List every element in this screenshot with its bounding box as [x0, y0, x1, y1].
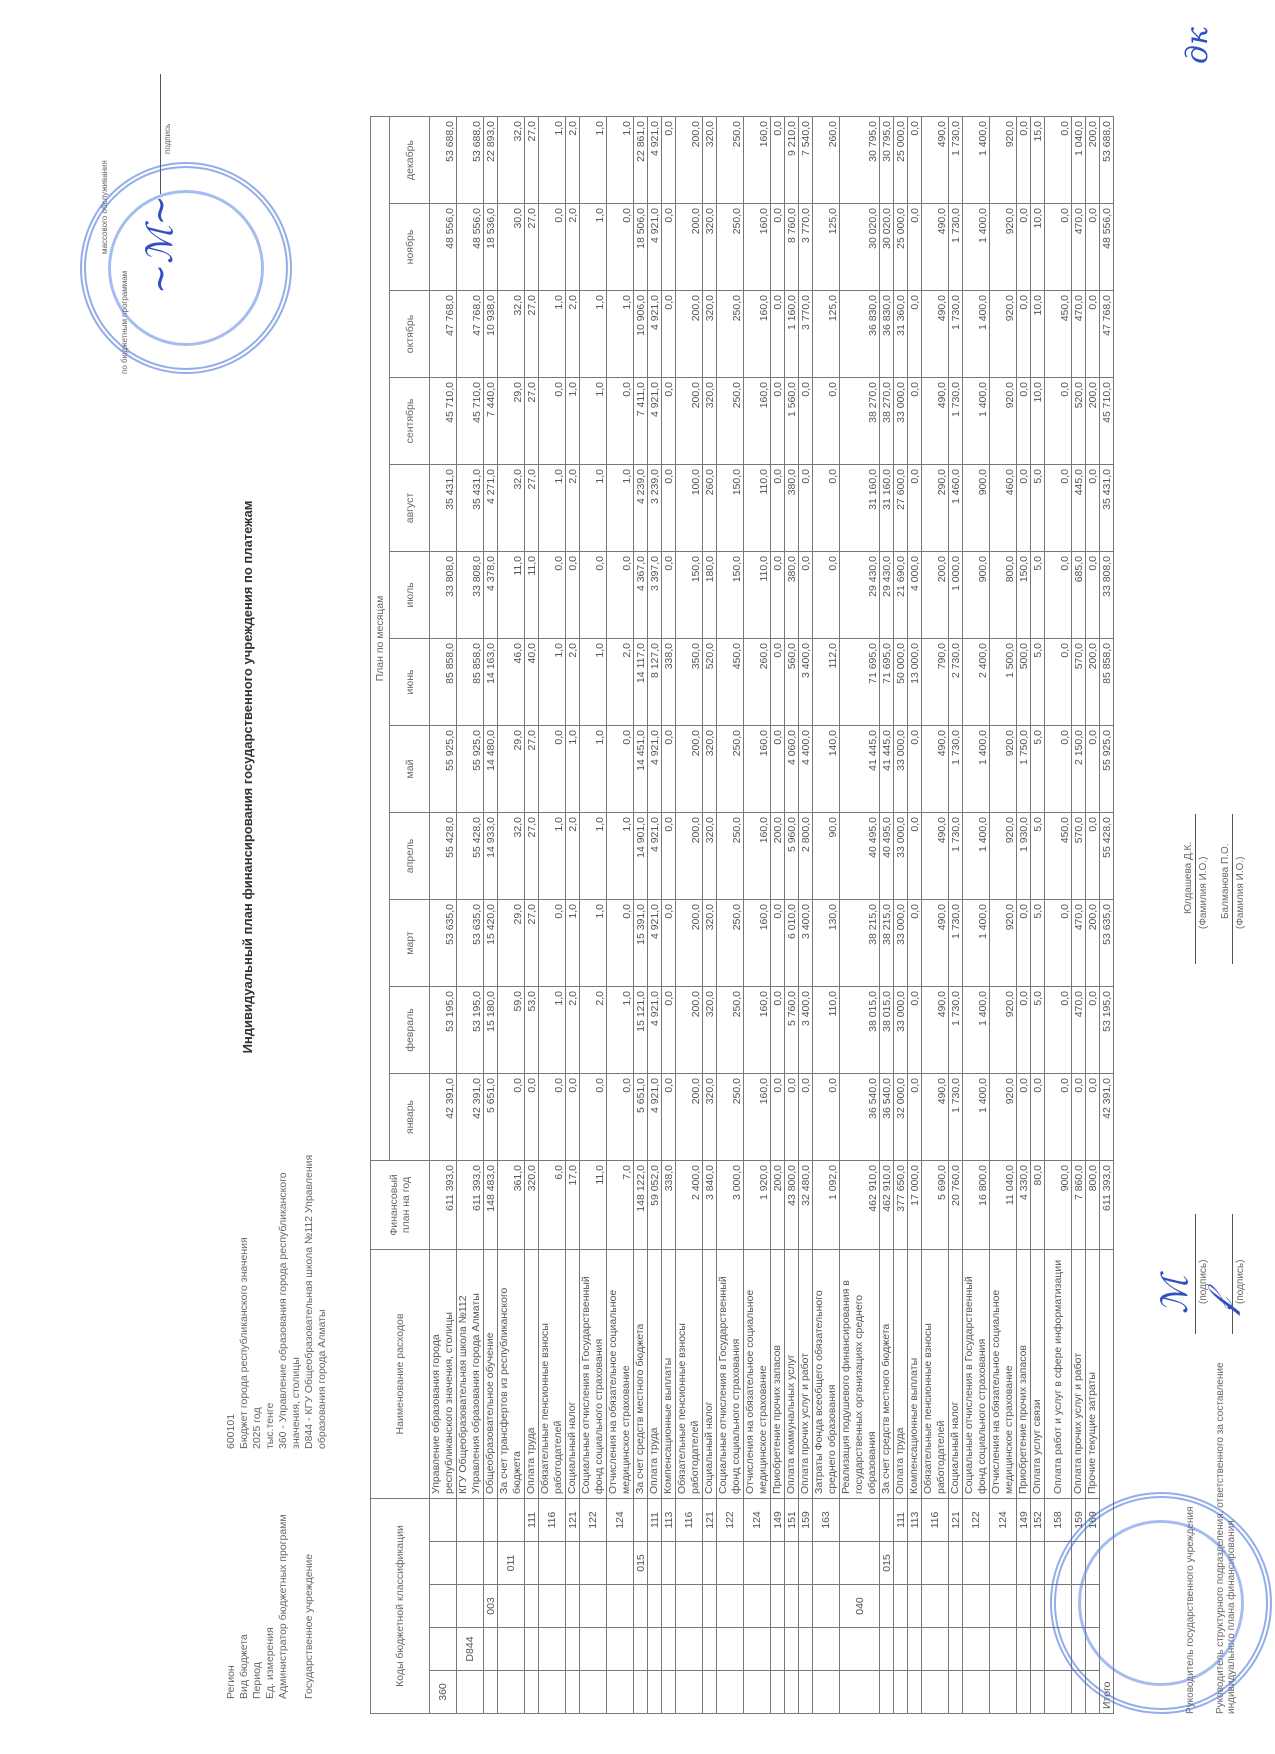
expense-name: Компенсационные выплаты	[662, 1250, 676, 1499]
month-value: 4 921,0	[648, 900, 662, 987]
month-value: 0,0	[799, 465, 813, 552]
expense-name: Оплата прочих услуг и работ	[1072, 1250, 1086, 1499]
month-value: 6 010,0	[785, 900, 799, 987]
code-cell: 015	[634, 1542, 648, 1585]
month-value: 0,0	[1086, 726, 1100, 813]
month-value: 490,0	[922, 900, 949, 987]
month-value: 1,0	[539, 813, 566, 900]
month-value: 71 695,0	[880, 639, 894, 726]
month-value: 1 400,0	[963, 813, 990, 900]
initials-mark: дк	[1180, 27, 1215, 64]
annual-value: 16 800,0	[963, 1161, 990, 1250]
table-row: 113Компенсационные выплаты17 000,00,00,0…	[908, 117, 922, 1714]
month-value: 260,0	[703, 465, 717, 552]
month-value: 320,0	[703, 204, 717, 291]
code-cell: 149	[771, 1499, 785, 1542]
month-value: 8 127,0	[648, 639, 662, 726]
header-name: Наименование расходов	[371, 1250, 430, 1499]
code-cell	[771, 1628, 785, 1671]
resp-name-caption: (Фамилия И.О.)	[1235, 857, 1246, 929]
header-month: ноябрь	[390, 204, 430, 291]
code-cell: 040	[840, 1585, 880, 1628]
annual-value: 148 122,0	[634, 1161, 648, 1250]
month-value: 33 000,0	[894, 378, 908, 465]
month-value: 0,0	[785, 1074, 799, 1161]
month-value: 2,0	[566, 813, 580, 900]
code-cell	[484, 1542, 498, 1585]
code-cell	[744, 1628, 771, 1671]
month-value: 1,0	[607, 465, 634, 552]
month-value: 0,0	[662, 378, 676, 465]
month-value: 4 921,0	[648, 987, 662, 1074]
month-value: 0,0	[908, 204, 922, 291]
month-value: 460,0	[990, 465, 1017, 552]
expense-name: Обязательные пенсионные взносы работодат…	[922, 1250, 949, 1499]
expense-name: Прочие текущие затраты	[1086, 1250, 1100, 1499]
header-month: март	[390, 900, 430, 987]
month-value: 0,0	[908, 291, 922, 378]
table-row: 124Отчисления на обязательное социальное…	[607, 117, 634, 1714]
month-value: 0,0	[771, 1074, 785, 1161]
month-value: 0,0	[1045, 987, 1072, 1074]
month-value: 0,0	[908, 378, 922, 465]
month-value: 790,0	[922, 639, 949, 726]
code-cell	[430, 1628, 457, 1671]
month-value: 2 400,0	[963, 639, 990, 726]
month-value: 0,0	[1086, 987, 1100, 1074]
month-value: 490,0	[922, 726, 949, 813]
month-value: 0,0	[771, 987, 785, 1074]
month-value: 5 651,0	[634, 1074, 648, 1161]
month-value: 920,0	[990, 813, 1017, 900]
month-value: 4 921,0	[648, 378, 662, 465]
month-value: 30 795,0	[880, 117, 894, 204]
month-value: 0,0	[662, 291, 676, 378]
expense-name: Оплата работ и услуг в сфере информатиза…	[1045, 1250, 1072, 1499]
month-value: 470,0	[1072, 204, 1086, 291]
table-row: 121Социальный налог17,00,02,01,02,01,02,…	[566, 117, 580, 1714]
code-cell	[922, 1628, 949, 1671]
month-value: 490,0	[922, 987, 949, 1074]
month-value: 3 400,0	[799, 987, 813, 1074]
code-cell	[894, 1671, 908, 1714]
month-value: 130,0	[813, 900, 840, 987]
month-value: 1,0	[607, 987, 634, 1074]
code-cell: 116	[676, 1499, 703, 1542]
table-row: 116Обязательные пенсионные взносы работо…	[922, 117, 949, 1714]
code-cell	[880, 1499, 894, 1542]
annual-value: 59 052,0	[648, 1161, 662, 1250]
expense-name: Оплата труда	[525, 1250, 539, 1499]
table-row: 116Обязательные пенсионные взносы работо…	[676, 117, 703, 1714]
table-row: 122Социальные отчисления в Государственн…	[717, 117, 744, 1714]
month-value: 0,0	[580, 552, 607, 639]
month-value: 1,0	[607, 291, 634, 378]
month-value: 445,0	[1072, 465, 1086, 552]
code-cell	[908, 1671, 922, 1714]
expense-name: Обязательные пенсионные взносы работодат…	[539, 1250, 566, 1499]
meta-label: Государственное учреждение	[303, 1449, 329, 1699]
annual-value: 32 480,0	[799, 1161, 813, 1250]
month-value: 40,0	[525, 639, 539, 726]
month-value: 0,0	[662, 900, 676, 987]
month-value: 0,0	[662, 1074, 676, 1161]
month-value: 0,0	[908, 726, 922, 813]
month-value: 5 960,0	[785, 813, 799, 900]
month-value: 0,0	[1045, 639, 1072, 726]
header-month: сентябрь	[390, 378, 430, 465]
table-row: 158Оплата работ и услуг в сфере информат…	[1045, 117, 1072, 1714]
month-value: 0,0	[813, 1074, 840, 1161]
code-cell	[634, 1671, 648, 1714]
month-value: 29,0	[498, 726, 525, 813]
month-value: 200,0	[676, 204, 703, 291]
month-value: 200,0	[922, 552, 949, 639]
code-cell	[922, 1671, 949, 1714]
month-value: 4 060,0	[785, 726, 799, 813]
month-value: 0,0	[607, 552, 634, 639]
month-value: 55 925,0	[430, 726, 457, 813]
month-value: 53,0	[525, 987, 539, 1074]
month-value: 27,0	[525, 465, 539, 552]
annual-value: 3 000,0	[717, 1161, 744, 1250]
month-value: 0,0	[1017, 987, 1031, 1074]
code-cell	[785, 1585, 799, 1628]
code-cell	[949, 1585, 963, 1628]
expense-name: Социальные отчисления в Государственный …	[963, 1250, 990, 1499]
month-value: 1 730,0	[949, 900, 963, 987]
month-value: 29,0	[498, 900, 525, 987]
month-value: 36 540,0	[840, 1074, 880, 1161]
header-month: декабрь	[390, 117, 430, 204]
code-cell	[949, 1671, 963, 1714]
code-cell	[949, 1542, 963, 1585]
month-value: 33 808,0	[430, 552, 457, 639]
code-cell	[949, 1628, 963, 1671]
month-value: 125,0	[813, 204, 840, 291]
month-value: 250,0	[717, 900, 744, 987]
month-value: 900,0	[963, 552, 990, 639]
total-month-value: 85 858,0	[1100, 639, 1114, 726]
code-cell	[430, 1585, 457, 1628]
month-value: 53 195,0	[457, 987, 484, 1074]
month-value: 33 808,0	[457, 552, 484, 639]
table-row: 113Компенсационные выплаты338,00,00,00,0…	[662, 117, 676, 1714]
month-value: 41 445,0	[880, 726, 894, 813]
code-cell	[703, 1671, 717, 1714]
meta-label: Регион	[225, 1449, 238, 1699]
table-row: 124Отчисления на обязательное социальное…	[990, 117, 1017, 1714]
month-value: 4 921,0	[648, 813, 662, 900]
month-value: 490,0	[922, 813, 949, 900]
month-value: 5,0	[1031, 639, 1045, 726]
meta-value: 360 - Управление образования города респ…	[277, 1149, 303, 1449]
code-cell	[662, 1628, 676, 1671]
month-value: 38 015,0	[880, 987, 894, 1074]
code-cell: 152	[1031, 1499, 1045, 1542]
code-cell	[963, 1671, 990, 1714]
meta-value: тыс.тенге	[264, 1149, 277, 1449]
month-value: 0,0	[908, 987, 922, 1074]
month-value: 490,0	[922, 1074, 949, 1161]
month-value: 1 400,0	[963, 987, 990, 1074]
code-cell	[894, 1628, 908, 1671]
expense-name: Приобретение прочих запасов	[771, 1250, 785, 1499]
meta-row: Администратор бюджетных программ360 - Уп…	[277, 1149, 303, 1699]
month-value: 260,0	[744, 639, 771, 726]
month-value: 8 760,0	[785, 204, 799, 291]
month-value: 2,0	[607, 639, 634, 726]
month-value: 29,0	[498, 378, 525, 465]
month-value: 1,0	[580, 378, 607, 465]
month-value: 450,0	[1045, 291, 1072, 378]
code-cell	[430, 1542, 457, 1585]
month-value: 0,0	[1017, 900, 1031, 987]
code-cell	[894, 1542, 908, 1585]
expense-name: Социальные отчисления в Государственный …	[717, 1250, 744, 1499]
month-value: 0,0	[813, 552, 840, 639]
month-value: 7 540,0	[799, 117, 813, 204]
month-value: 22 893,0	[484, 117, 498, 204]
expense-name: За счет средств местного бюджета	[880, 1250, 894, 1499]
code-cell	[703, 1585, 717, 1628]
code-cell	[580, 1628, 607, 1671]
code-cell	[908, 1542, 922, 1585]
month-value: 5,0	[1031, 900, 1045, 987]
annual-value: 20 760,0	[949, 1161, 963, 1250]
month-value: 920,0	[990, 1074, 1017, 1161]
month-value: 920,0	[990, 900, 1017, 987]
annual-value: 338,0	[662, 1161, 676, 1250]
expense-name: Затраты Фонда всеобщего обязательного ср…	[813, 1250, 840, 1499]
expense-name: Отчисления на обязательное социальное ме…	[607, 1250, 634, 1499]
table-row: 122Социальные отчисления в Государственн…	[963, 117, 990, 1714]
expense-name: Социальный налог	[703, 1250, 717, 1499]
code-cell: 121	[566, 1499, 580, 1542]
month-value: 685,0	[1072, 552, 1086, 639]
month-value: 320,0	[703, 813, 717, 900]
month-value: 33 000,0	[894, 813, 908, 900]
meta-row: Регион600101	[225, 1149, 238, 1699]
month-value: 0,0	[1031, 1074, 1045, 1161]
code-cell	[498, 1585, 525, 1628]
month-value: 470,0	[1072, 987, 1086, 1074]
month-value: 14 117,0	[634, 639, 648, 726]
code-cell: 122	[717, 1499, 744, 1542]
month-value: 0,0	[580, 1074, 607, 1161]
month-value: 40 495,0	[880, 813, 894, 900]
month-value: 0,0	[1086, 813, 1100, 900]
month-value: 200,0	[676, 378, 703, 465]
annual-value: 462 910,0	[840, 1161, 880, 1250]
month-value: 0,0	[1045, 117, 1072, 204]
month-value: 520,0	[1072, 378, 1086, 465]
expense-name: За счет средств местного бюджета	[634, 1250, 648, 1499]
month-value: 490,0	[922, 204, 949, 291]
month-value: 0,0	[662, 726, 676, 813]
month-value: 85 858,0	[457, 639, 484, 726]
month-value: 1 730,0	[949, 1074, 963, 1161]
code-cell	[676, 1585, 703, 1628]
header-month: май	[390, 726, 430, 813]
code-cell	[607, 1628, 634, 1671]
code-cell	[662, 1671, 676, 1714]
table-row: 159Оплата прочих услуг и работ7 860,00,0…	[1072, 117, 1086, 1714]
month-value: 38 270,0	[840, 378, 880, 465]
month-value: 1 400,0	[963, 726, 990, 813]
month-value: 160,0	[744, 813, 771, 900]
code-cell: 158	[1045, 1499, 1072, 1542]
month-value: 1 560,0	[785, 378, 799, 465]
month-value: 1,0	[607, 813, 634, 900]
annual-value: 43 800,0	[785, 1161, 799, 1250]
signature-top: ~ℳ~	[140, 195, 181, 294]
month-value: 27 600,0	[894, 465, 908, 552]
month-value: 38 015,0	[840, 987, 880, 1074]
month-value: 160,0	[744, 204, 771, 291]
month-value: 27,0	[525, 813, 539, 900]
code-cell	[566, 1671, 580, 1714]
month-value: 1 400,0	[963, 291, 990, 378]
month-value: 42 391,0	[457, 1074, 484, 1161]
code-cell	[648, 1585, 662, 1628]
month-value: 250,0	[717, 987, 744, 1074]
month-value: 0,0	[771, 900, 785, 987]
month-value: 160,0	[744, 900, 771, 987]
total-month-value: 33 808,0	[1100, 552, 1114, 639]
code-cell	[539, 1628, 566, 1671]
month-value: 125,0	[813, 291, 840, 378]
month-value: 920,0	[990, 204, 1017, 291]
month-value: 10,0	[1031, 204, 1045, 291]
month-value: 1,0	[580, 813, 607, 900]
month-value: 490,0	[922, 291, 949, 378]
annual-value: 200,0	[771, 1161, 785, 1250]
month-value: 1 730,0	[949, 204, 963, 291]
month-value: 38 215,0	[880, 900, 894, 987]
month-value: 0,0	[771, 552, 785, 639]
month-value: 1 750,0	[1017, 726, 1031, 813]
code-cell: 116	[922, 1499, 949, 1542]
expense-name: За счет трансфертов из республиканского …	[498, 1250, 525, 1499]
table-row: 360Управление образования города республ…	[430, 117, 457, 1714]
month-value: 36 830,0	[880, 291, 894, 378]
month-value: 250,0	[717, 726, 744, 813]
annual-value: 148 483,0	[484, 1161, 498, 1250]
month-value: 13 000,0	[908, 639, 922, 726]
annual-value: 377 650,0	[894, 1161, 908, 1250]
code-cell: 015	[880, 1542, 894, 1585]
month-value: 4 921,0	[648, 291, 662, 378]
month-value: 31 360,0	[894, 291, 908, 378]
code-cell	[744, 1585, 771, 1628]
month-value: 320,0	[703, 987, 717, 1074]
code-cell: 121	[949, 1499, 963, 1542]
code-cell	[634, 1499, 648, 1542]
month-value: 0,0	[771, 726, 785, 813]
month-value: 0,0	[662, 552, 676, 639]
month-value: 15 180,0	[484, 987, 498, 1074]
month-value: 33 000,0	[894, 726, 908, 813]
month-value: 112,0	[813, 639, 840, 726]
month-value: 920,0	[990, 117, 1017, 204]
month-value: 560,0	[785, 639, 799, 726]
month-value: 0,0	[662, 204, 676, 291]
code-cell	[990, 1585, 1017, 1628]
code-cell: 122	[963, 1499, 990, 1542]
code-cell	[676, 1628, 703, 1671]
expense-name: Отчисления на обязательное социальное ме…	[744, 1250, 771, 1499]
month-value: 45 710,0	[457, 378, 484, 465]
month-value: 250,0	[717, 117, 744, 204]
annual-value: 462 910,0	[880, 1161, 894, 1250]
code-cell	[457, 1671, 484, 1714]
month-value: 320,0	[703, 117, 717, 204]
annual-value: 3 840,0	[703, 1161, 717, 1250]
code-cell	[799, 1585, 813, 1628]
month-value: 1,0	[580, 726, 607, 813]
month-value: 250,0	[717, 378, 744, 465]
month-value: 3 400,0	[799, 900, 813, 987]
month-value: 320,0	[703, 291, 717, 378]
code-cell	[580, 1671, 607, 1714]
month-value: 200,0	[676, 900, 703, 987]
code-cell	[813, 1585, 840, 1628]
code-cell	[566, 1585, 580, 1628]
expense-name: Оплата труда	[648, 1250, 662, 1499]
month-value: 320,0	[703, 900, 717, 987]
month-value: 14 933,0	[484, 813, 498, 900]
table-row: 121Социальный налог20 760,01 730,01 730,…	[949, 117, 963, 1714]
code-cell: 151	[785, 1499, 799, 1542]
month-value: 59,0	[498, 987, 525, 1074]
total-month-value: 55 925,0	[1100, 726, 1114, 813]
month-value: 1 500,0	[990, 639, 1017, 726]
code-cell	[484, 1671, 498, 1714]
code-cell: 124	[607, 1499, 634, 1542]
month-value: 500,0	[1017, 639, 1031, 726]
month-value: 21 690,0	[894, 552, 908, 639]
month-value: 0,0	[539, 900, 566, 987]
code-cell	[799, 1671, 813, 1714]
month-value: 14 480,0	[484, 726, 498, 813]
month-value: 2,0	[566, 204, 580, 291]
month-value: 40 495,0	[840, 813, 880, 900]
month-value: 3 400,0	[799, 639, 813, 726]
month-value: 30 020,0	[880, 204, 894, 291]
code-cell: 111	[648, 1499, 662, 1542]
code-cell	[922, 1585, 949, 1628]
expense-name: Компенсационные выплаты	[908, 1250, 922, 1499]
month-value: 0,0	[771, 117, 785, 204]
month-value: 1 730,0	[949, 813, 963, 900]
month-value: 47 768,0	[457, 291, 484, 378]
month-value: 320,0	[703, 378, 717, 465]
month-value: 53 195,0	[430, 987, 457, 1074]
code-cell	[771, 1585, 785, 1628]
month-value: 29 430,0	[840, 552, 880, 639]
month-value: 27,0	[525, 204, 539, 291]
code-cell	[580, 1542, 607, 1585]
code-cell	[525, 1585, 539, 1628]
month-value: 320,0	[703, 726, 717, 813]
month-value: 30 795,0	[840, 117, 880, 204]
code-cell	[908, 1628, 922, 1671]
header-month: июль	[390, 552, 430, 639]
month-value: 3 770,0	[799, 204, 813, 291]
code-cell	[963, 1628, 990, 1671]
code-cell	[1017, 1671, 1031, 1714]
